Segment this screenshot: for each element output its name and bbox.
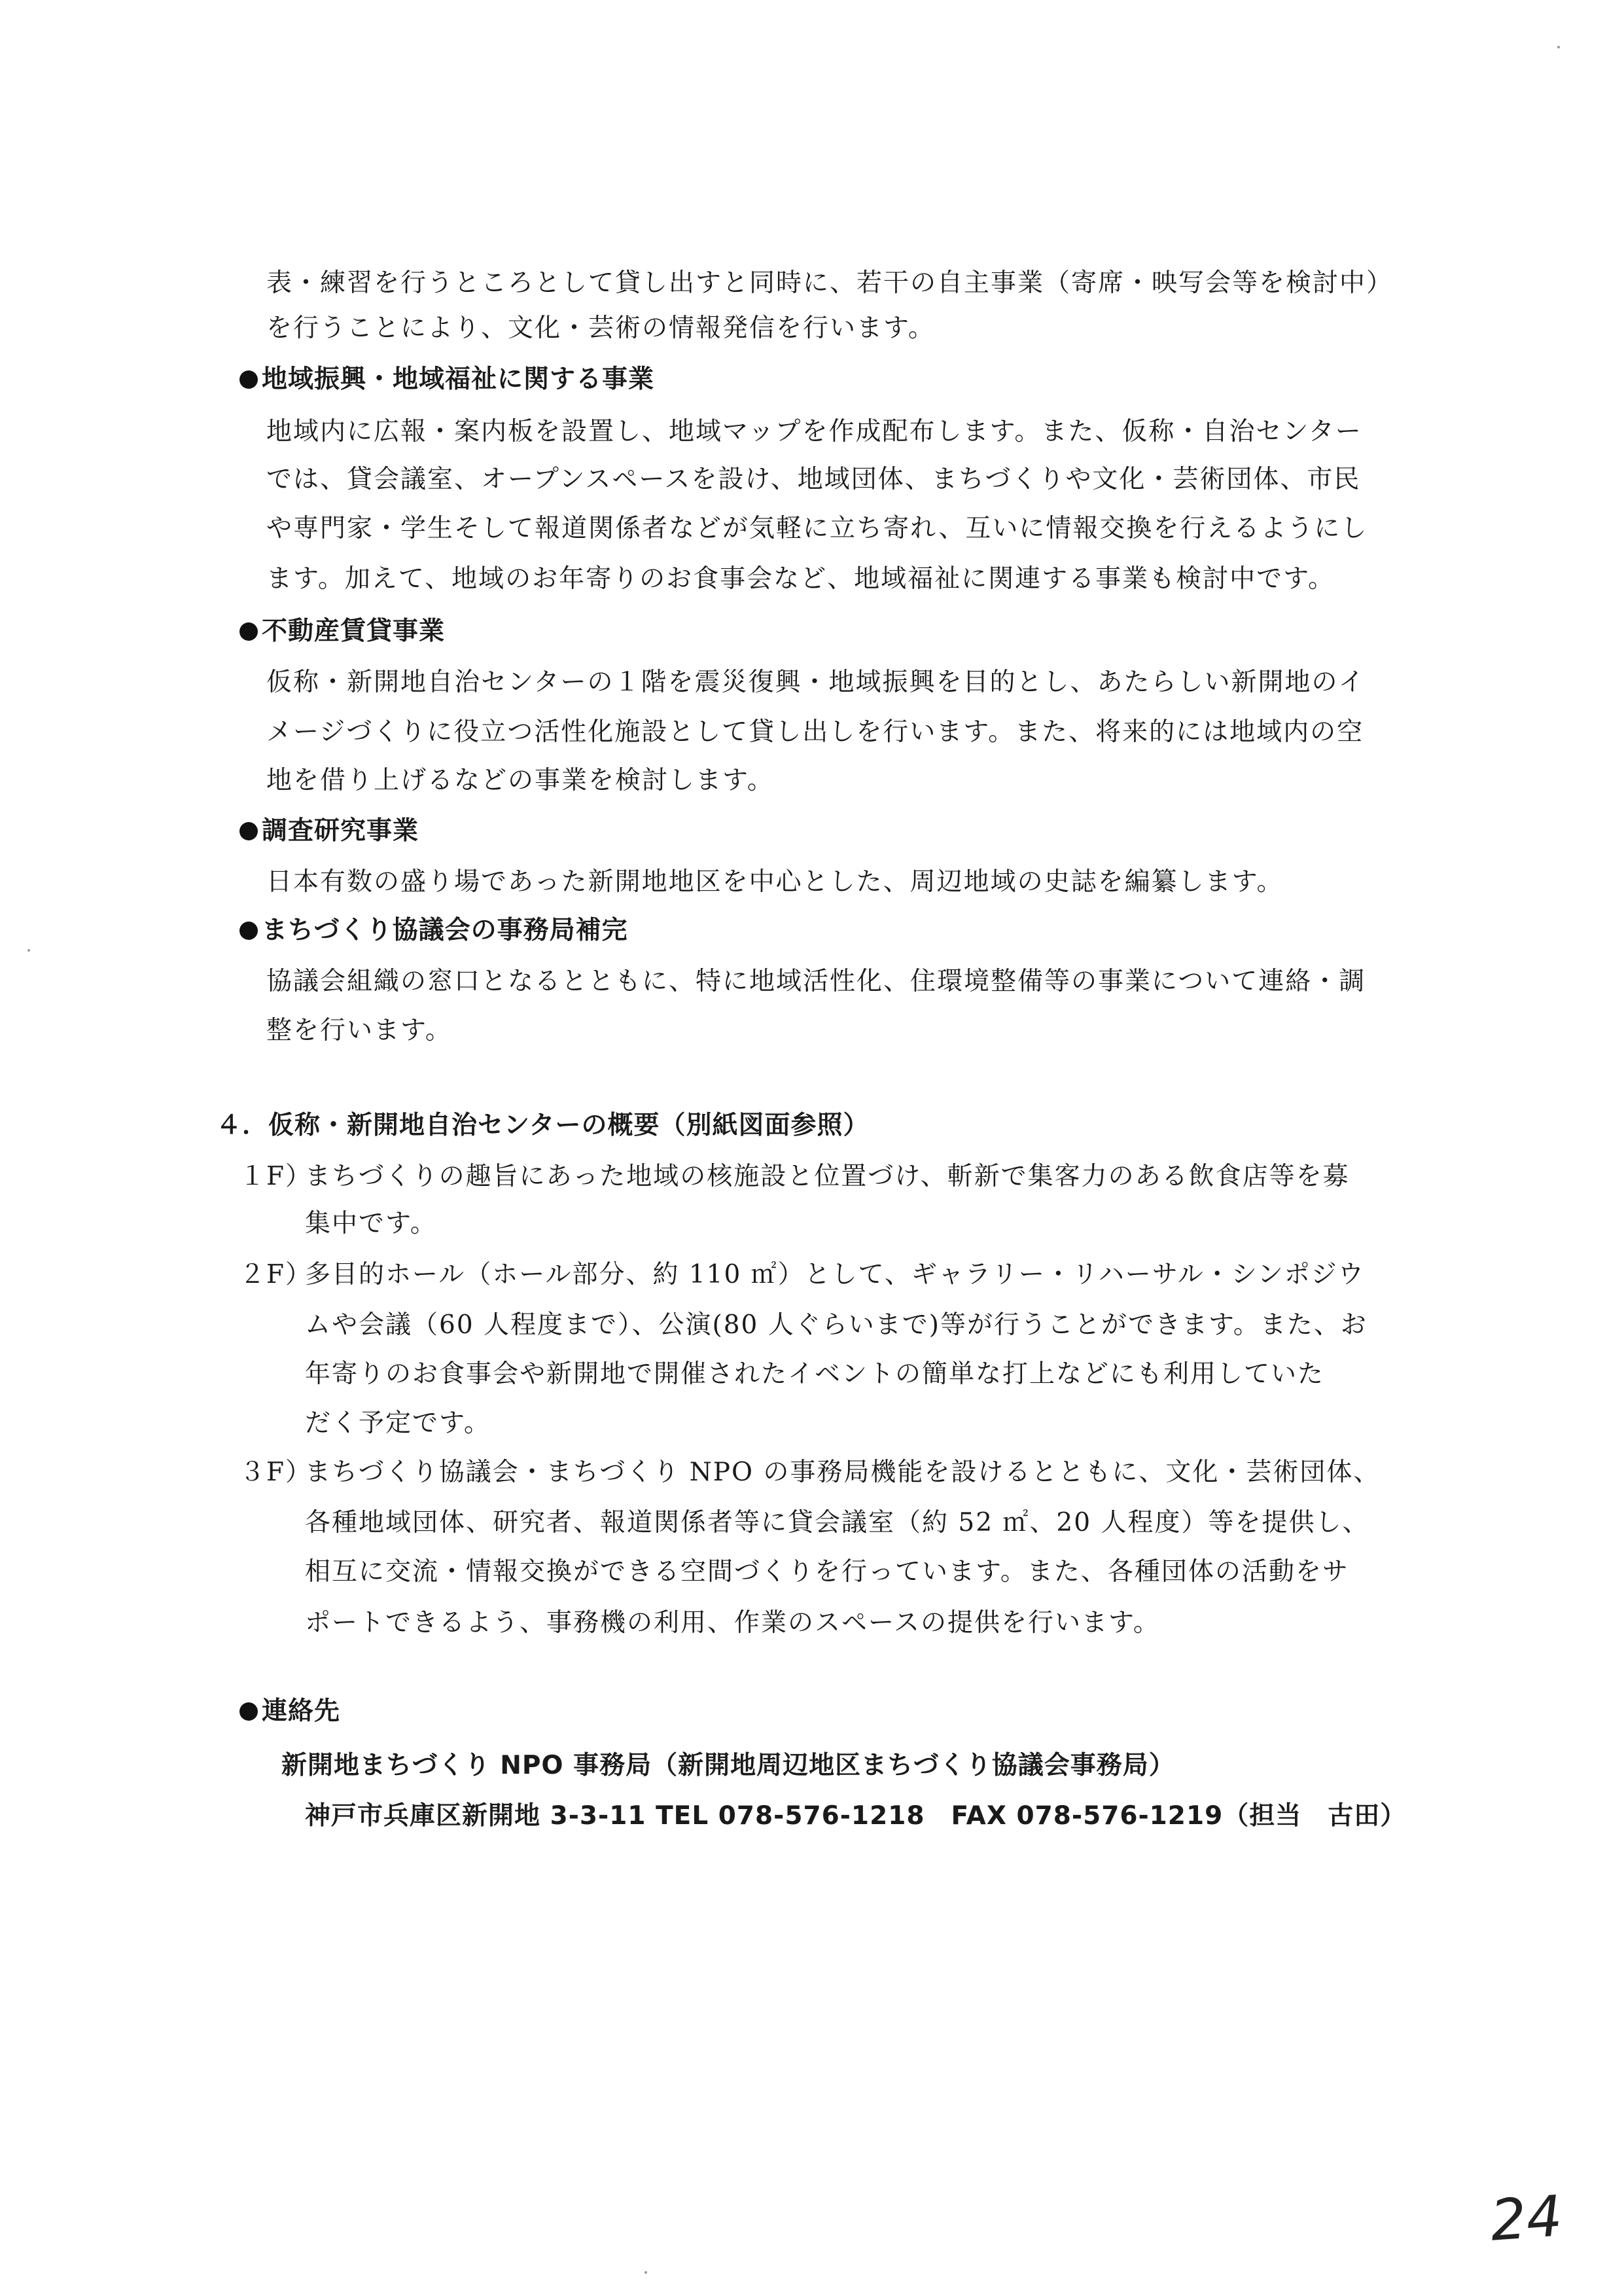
floor-line: 各種地域団体、研究者、報道関係者等に貸会議室（約 52 ㎡、20 人程度）等を提… [305, 1503, 1369, 1543]
section-heading-council-secretariat: まちづくり協議会の事務局補完 [239, 911, 628, 950]
section-heading-text: 不動産賃貸事業 [262, 617, 445, 646]
page-number: 24 [1489, 2183, 1564, 2253]
section-line: 協議会組織の窓口となるとともに、特に地域活性化、住環境整備等の事業について連絡・… [266, 962, 1366, 1001]
section-line: 地域内に広報・案内板を設置し、地域マップを作成配布します。また、仮称・自治センタ… [266, 412, 1362, 452]
bullet-icon [239, 622, 258, 641]
bullet-icon [239, 370, 258, 389]
section-heading-text: まちづくり協議会の事務局補完 [262, 916, 628, 945]
section-4-title: ４．仮称・新開地自治センターの概要（別紙図面参照） [216, 1106, 869, 1145]
section-heading-regional-promotion: 地域振興・地域福祉に関する事業 [239, 360, 654, 399]
floor-label-3f: ３F） [239, 1453, 312, 1492]
contact-heading-text: 連絡先 [262, 1696, 340, 1726]
section-heading-text: 調査研究事業 [262, 816, 419, 846]
floor-line: ポートできるよう、事務機の利用、作業のスペースの提供を行います。 [305, 1604, 1160, 1643]
section-heading-text: 地域振興・地域福祉に関する事業 [262, 365, 654, 394]
section-line: ます。加えて、地域のお年寄りのお食事会など、地域福祉に関連する事業も検討中です。 [266, 560, 1335, 599]
section-line: や専門家・学生そして報道関係者などが気軽に立ち寄れ、互いに情報交換を行えるように… [266, 509, 1368, 548]
floor-line: 年寄りのお食事会や新開地で開催されたイベントの簡単な打上などにも利用していた [305, 1355, 1324, 1394]
document-page: 表・練習を行うところとして貸し出すと同時に、若干の自主事業（寄席・映写会等を検討… [0, 0, 1624, 2296]
section-line: 地を借り上げるなどの事業を検討します。 [266, 761, 774, 800]
contact-address-line: 神戸市兵庫区新開地 3-3-11 TEL 078-576-1218 FAX 07… [305, 1797, 1406, 1836]
floor-line: 集中です。 [305, 1204, 437, 1244]
bullet-icon [239, 822, 258, 840]
floor-line: ムや会議（60 人程度まで）、公演(80 人ぐらいまで)等が行うことができます。… [305, 1306, 1368, 1345]
section-line: メージづくりに役立つ活性化施設として貸し出しを行います。また、将来的には地域内の… [266, 713, 1364, 752]
scan-speck [644, 2271, 647, 2274]
floor-line: まちづくりの趣旨にあった地域の核施設と位置づけ、斬新で集客力のある飲食店等を募 [305, 1157, 1350, 1196]
contact-organization: 新開地まちづくり NPO 事務局（新開地周辺地区まちづくり協議会事務局） [281, 1746, 1175, 1785]
section-line: では、貸会議室、オープンスペースを設け、地域団体、まちづくりや文化・芸術団体、市… [266, 460, 1360, 499]
bullet-icon [239, 1702, 258, 1721]
floor-line: だく予定です。 [305, 1404, 491, 1443]
scan-speck [27, 949, 30, 952]
section-line: 仮称・新開地自治センターの１階を震災復興・地域振興を目的とし、あたらしい新開地の… [266, 663, 1365, 702]
intro-line-2: を行うことにより、文化・芸術の情報発信を行います。 [266, 309, 935, 348]
floor-line: 多目的ホール（ホール部分、約 110 ㎡）として、ギャラリー・リハーサル・シンポ… [305, 1255, 1365, 1295]
floor-label-2f: ２F） [239, 1255, 312, 1295]
floor-line: まちづくり協議会・まちづくり NPO の事務局機能を設けるとともに、文化・芸術団… [305, 1453, 1380, 1492]
section-line: 整を行います。 [266, 1011, 452, 1050]
floor-label-1f: １F） [239, 1157, 312, 1196]
section-heading-research: 調査研究事業 [239, 812, 419, 851]
section-line: 日本有数の盛り場であった新開地地区を中心とした、周辺地域の史誌を編纂します。 [266, 863, 1284, 902]
section-heading-real-estate-rental: 不動産賃貸事業 [239, 612, 445, 651]
contact-heading: 連絡先 [239, 1692, 340, 1731]
floor-line: 相互に交流・情報交換ができる空間づくりを行っています。また、各種団体の活動をサ [305, 1552, 1349, 1592]
bullet-icon [239, 922, 258, 940]
scan-speck [1557, 46, 1560, 48]
intro-line-1: 表・練習を行うところとして貸し出すと同時に、若干の自主事業（寄席・映写会等を検討… [266, 264, 1393, 303]
